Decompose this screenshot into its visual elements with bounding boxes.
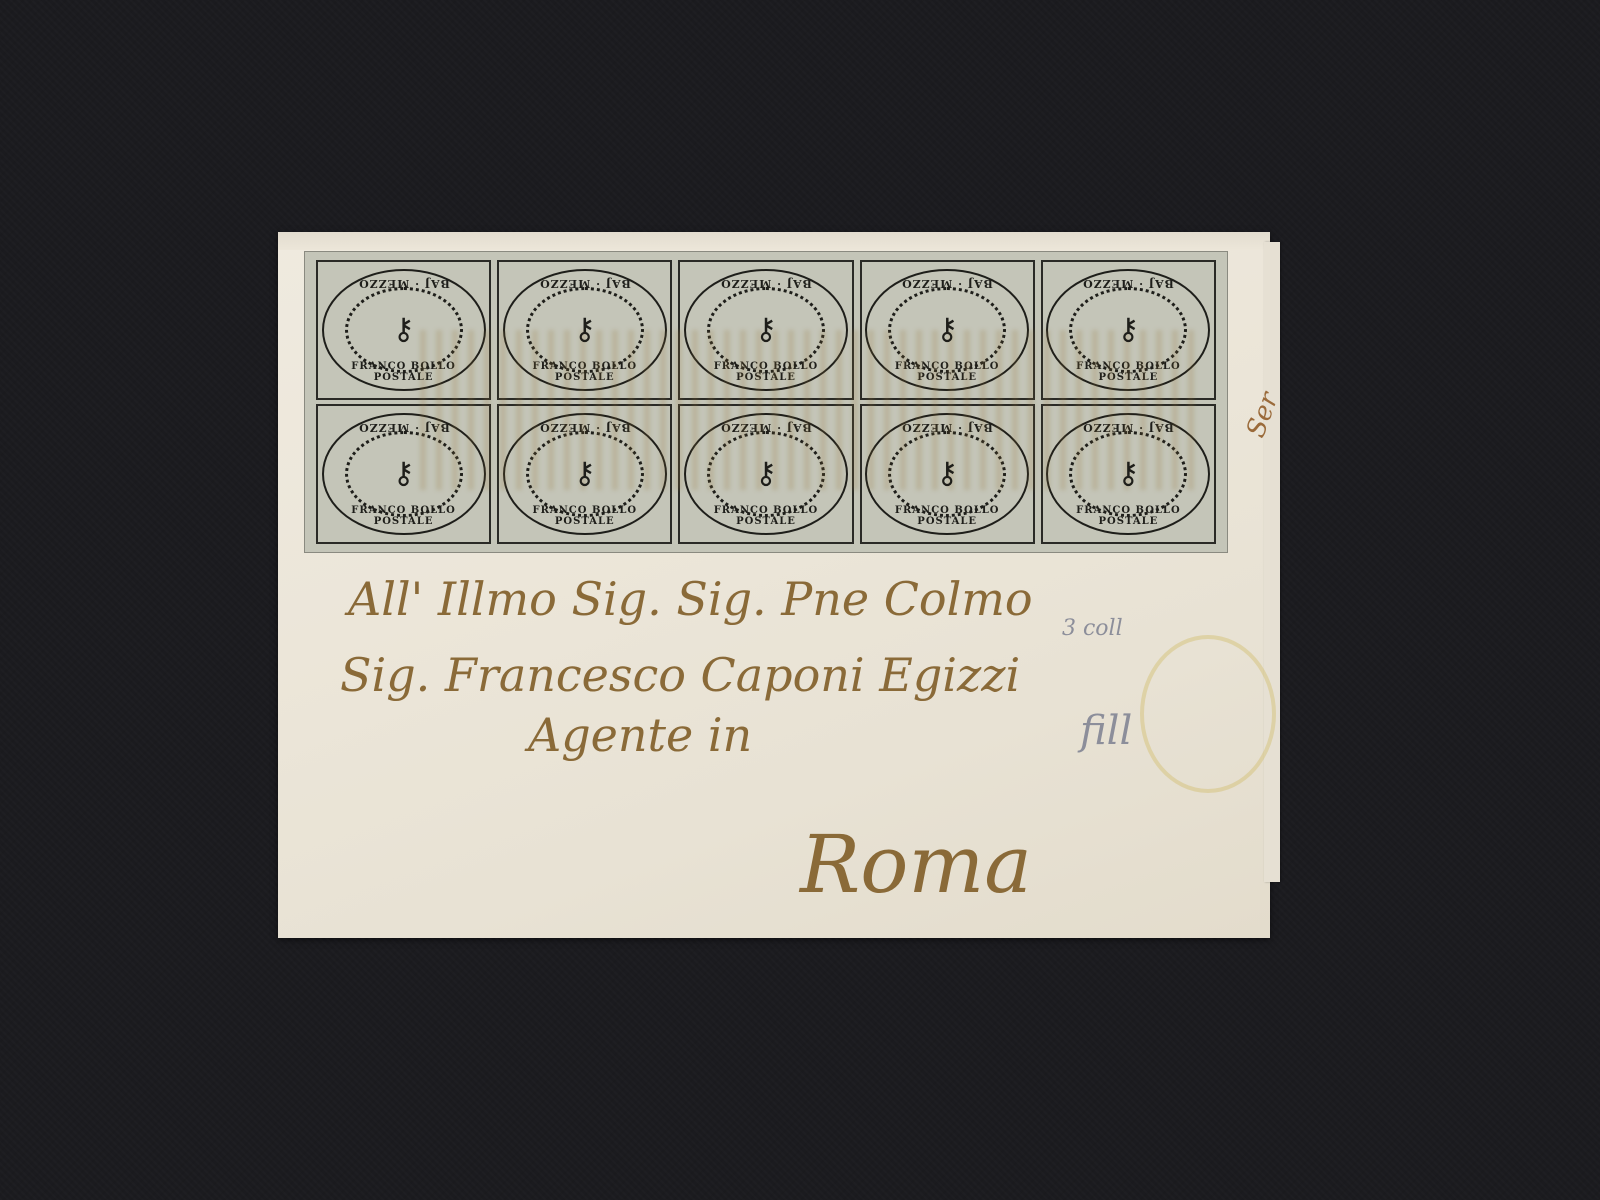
stamp-inscription-text: FRANCO BOLLO POSTALE [324,361,484,383]
stamp-inscription-text: FRANCO BOLLO POSTALE [1048,505,1208,527]
stamp: ⚷BAJ · MEZZOFRANCO BOLLO POSTALE [1041,404,1216,544]
stamp: ⚷BAJ · MEZZOFRANCO BOLLO POSTALE [860,404,1035,544]
stamp-value-text: BAJ · MEZZO [505,277,665,290]
stamp: ⚷BAJ · MEZZOFRANCO BOLLO POSTALE [497,404,672,544]
stamp-inscription-text: FRANCO BOLLO POSTALE [686,361,846,383]
keys-tiara-icon: ⚷ [393,315,415,345]
stamp-oval: ⚷BAJ · MEZZOFRANCO BOLLO POSTALE [684,413,848,535]
postmark-circle [1140,635,1276,793]
keys-tiara-icon: ⚷ [936,315,958,345]
stamp-oval: ⚷BAJ · MEZZOFRANCO BOLLO POSTALE [1046,269,1210,391]
stamp-oval: ⚷BAJ · MEZZOFRANCO BOLLO POSTALE [503,269,667,391]
keys-tiara-icon: ⚷ [936,459,958,489]
stamp-oval: ⚷BAJ · MEZZOFRANCO BOLLO POSTALE [322,269,486,391]
stamp-oval: ⚷BAJ · MEZZOFRANCO BOLLO POSTALE [865,413,1029,535]
stamp: ⚷BAJ · MEZZOFRANCO BOLLO POSTALE [1041,260,1216,400]
stamp: ⚷BAJ · MEZZOFRANCO BOLLO POSTALE [678,260,853,400]
stamp: ⚷BAJ · MEZZOFRANCO BOLLO POSTALE [860,260,1035,400]
stamp-inscription-text: FRANCO BOLLO POSTALE [867,505,1027,527]
stamp-value-text: BAJ · MEZZO [686,421,846,434]
stamp: ⚷BAJ · MEZZOFRANCO BOLLO POSTALE [316,404,491,544]
stamp-value-text: BAJ · MEZZO [686,277,846,290]
stamp: ⚷BAJ · MEZZOFRANCO BOLLO POSTALE [316,260,491,400]
stamp-oval: ⚷BAJ · MEZZOFRANCO BOLLO POSTALE [503,413,667,535]
stamp-value-text: BAJ · MEZZO [867,421,1027,434]
stamp-inscription-text: FRANCO BOLLO POSTALE [867,361,1027,383]
stamp-value-text: BAJ · MEZZO [1048,421,1208,434]
address-line-3: Agente in [528,708,752,762]
stamp-inscription-text: FRANCO BOLLO POSTALE [1048,361,1208,383]
stamp-oval: ⚷BAJ · MEZZOFRANCO BOLLO POSTALE [1046,413,1210,535]
address-city: Roma [800,818,1032,911]
keys-tiara-icon: ⚷ [755,315,777,345]
stamp-inscription-text: FRANCO BOLLO POSTALE [686,505,846,527]
keys-tiara-icon: ⚷ [574,315,596,345]
stamp: ⚷BAJ · MEZZOFRANCO BOLLO POSTALE [678,404,853,544]
keys-tiara-icon: ⚷ [393,459,415,489]
stamp-oval: ⚷BAJ · MEZZOFRANCO BOLLO POSTALE [322,413,486,535]
stamp-oval: ⚷BAJ · MEZZOFRANCO BOLLO POSTALE [684,269,848,391]
stamp-inscription-text: FRANCO BOLLO POSTALE [505,361,665,383]
stamp-inscription-text: FRANCO BOLLO POSTALE [505,505,665,527]
stamp-block: ⚷BAJ · MEZZOFRANCO BOLLO POSTALE⚷BAJ · M… [304,251,1228,553]
stamp-value-text: BAJ · MEZZO [1048,277,1208,290]
stamp-oval: ⚷BAJ · MEZZOFRANCO BOLLO POSTALE [865,269,1029,391]
cover-flap [1264,242,1280,882]
address-line-1: All' Illmo Sig. Sig. Pne Colmo [348,572,1033,626]
stamp-value-text: BAJ · MEZZO [505,421,665,434]
address-line-2: Sig. Francesco Caponi Egizzi [340,648,1020,702]
keys-tiara-icon: ⚷ [1117,459,1139,489]
stamp-inscription-text: FRANCO BOLLO POSTALE [324,505,484,527]
pencil-note-2: fill [1080,708,1132,754]
stamp-value-text: BAJ · MEZZO [324,277,484,290]
stamp: ⚷BAJ · MEZZOFRANCO BOLLO POSTALE [497,260,672,400]
keys-tiara-icon: ⚷ [1117,315,1139,345]
stamp-value-text: BAJ · MEZZO [324,421,484,434]
keys-tiara-icon: ⚷ [574,459,596,489]
pencil-note-1: 3 coll [1062,616,1123,641]
keys-tiara-icon: ⚷ [755,459,777,489]
stamp-value-text: BAJ · MEZZO [867,277,1027,290]
cover-fold [278,232,1270,250]
